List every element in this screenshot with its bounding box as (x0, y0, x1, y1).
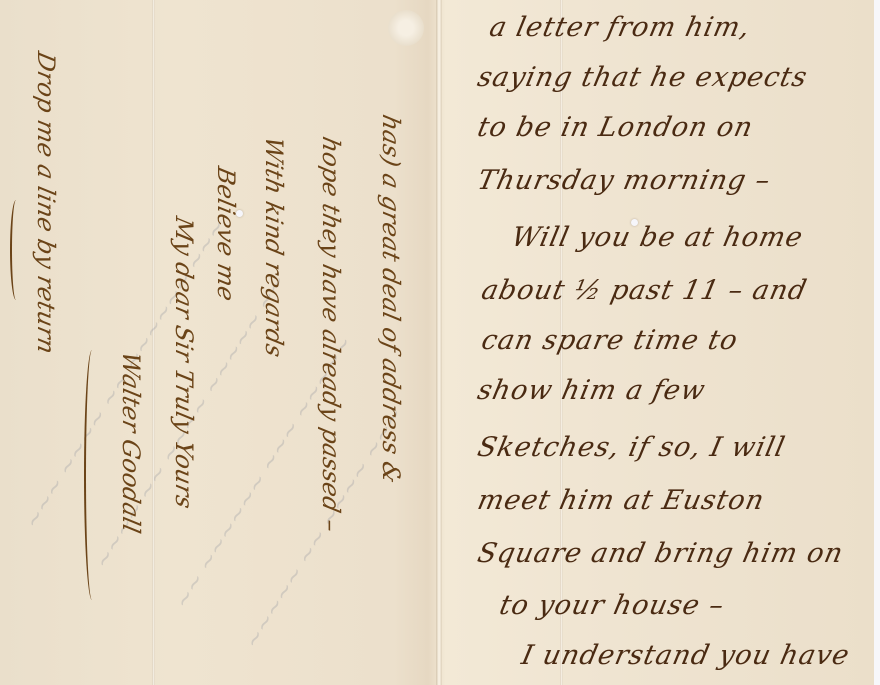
handwritten-line: Square and bring him on (475, 538, 847, 569)
handwritten-line: can spare time to (479, 325, 741, 356)
handwritten-line: Sketches, if so, I will (475, 432, 789, 463)
handwritten-line: I understand you have (519, 640, 853, 671)
handwritten-line: to be in London on (475, 112, 756, 143)
handwritten-line: has) a great deal of address & (377, 112, 405, 486)
handwritten-line: meet him at Euston (475, 485, 768, 516)
handwritten-line: about ½ past 11 – and (479, 275, 810, 306)
signature-flourish (84, 350, 100, 600)
handwritten-line: My dear Sir Truly Yours (170, 214, 198, 511)
handwritten-line: saying that he expects (475, 62, 811, 93)
signature: Walter Goodall (117, 349, 145, 536)
handwritten-line: hope they have already passed – (317, 134, 345, 535)
letter-sheet: ~~~ ~~~~ ~~ ~~~~~~ ~~~ ~~~~ ~~ ~~~~ ~~~~… (0, 0, 874, 685)
pen-flourish (10, 200, 22, 300)
handwritten-line: Thursday morning – (475, 165, 774, 196)
handwritten-line: Will you be at home (509, 222, 806, 253)
scan-border (874, 0, 880, 685)
handwritten-line: to your house – (497, 590, 728, 621)
page-fold (436, 0, 442, 685)
handwritten-line: a letter from him, (487, 12, 754, 43)
handwritten-line: Believe me (212, 164, 240, 304)
handwritten-line: show him a few (475, 375, 709, 406)
handwritten-line: With kind regards (260, 134, 288, 360)
handwritten-line: Drop me a line by return (32, 49, 60, 357)
embossed-stamp (388, 10, 424, 46)
